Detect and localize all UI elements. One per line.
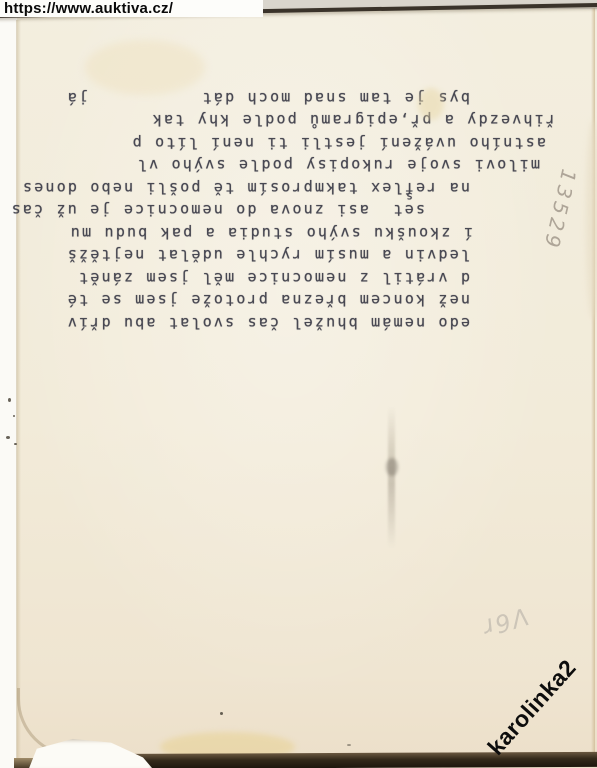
dust-speck [347,744,351,746]
dust-speck [6,436,10,439]
photo-right-edge-shadow [591,8,595,754]
stray-typed-s: s [406,186,413,209]
letter-line: d vrátil z nemocnice měl jsem zánět [28,267,470,290]
watermark-text: karolinka2 [468,639,595,768]
dust-speck [13,415,15,417]
letter-line: než koncem března protože jsem se té [28,289,470,312]
dust-speck [8,398,11,402]
url-overlay-panel: https://www.auktiva.cz/ [0,0,263,17]
letter-line: na reflex takmprosím tě pošli nebo dones [28,177,470,200]
scanned-photo-back: https://www.auktiva.cz/ edo nemám bhužel… [0,0,597,768]
crease-smudge [386,458,398,476]
letter-line: set asi znova do nemocnice je už čas [28,199,425,222]
pencil-scribble: V6r [453,594,557,650]
scanner-left-strip [0,17,17,768]
letter-line: bys je tam snad moch dát já [28,87,470,110]
letter-line: í zkoušku svýho studia a pak budu mu [28,222,473,245]
letter-text-block: edo nemám bhužel čas svolat abu dřívnež … [28,82,555,334]
photo-left-edge-shadow [16,20,21,760]
dust-speck [220,712,223,715]
source-url-text: https://www.auktiva.cz/ [4,0,173,17]
letter-line: řihvezdy a př,epigramů podle khy tak [28,109,555,132]
dust-speck [14,443,17,445]
letter-line: ledvin a musím rychle udělat nejtěžš [28,244,470,267]
letter-line: edo nemám bhužel čas svolat abu dřív [28,312,470,335]
letter-line: milovi svoje rukopisy podle svýho vl [28,154,540,177]
letter-line: astního uvážení jestli ti není líto p [28,132,546,155]
vertical-crease [388,406,395,548]
